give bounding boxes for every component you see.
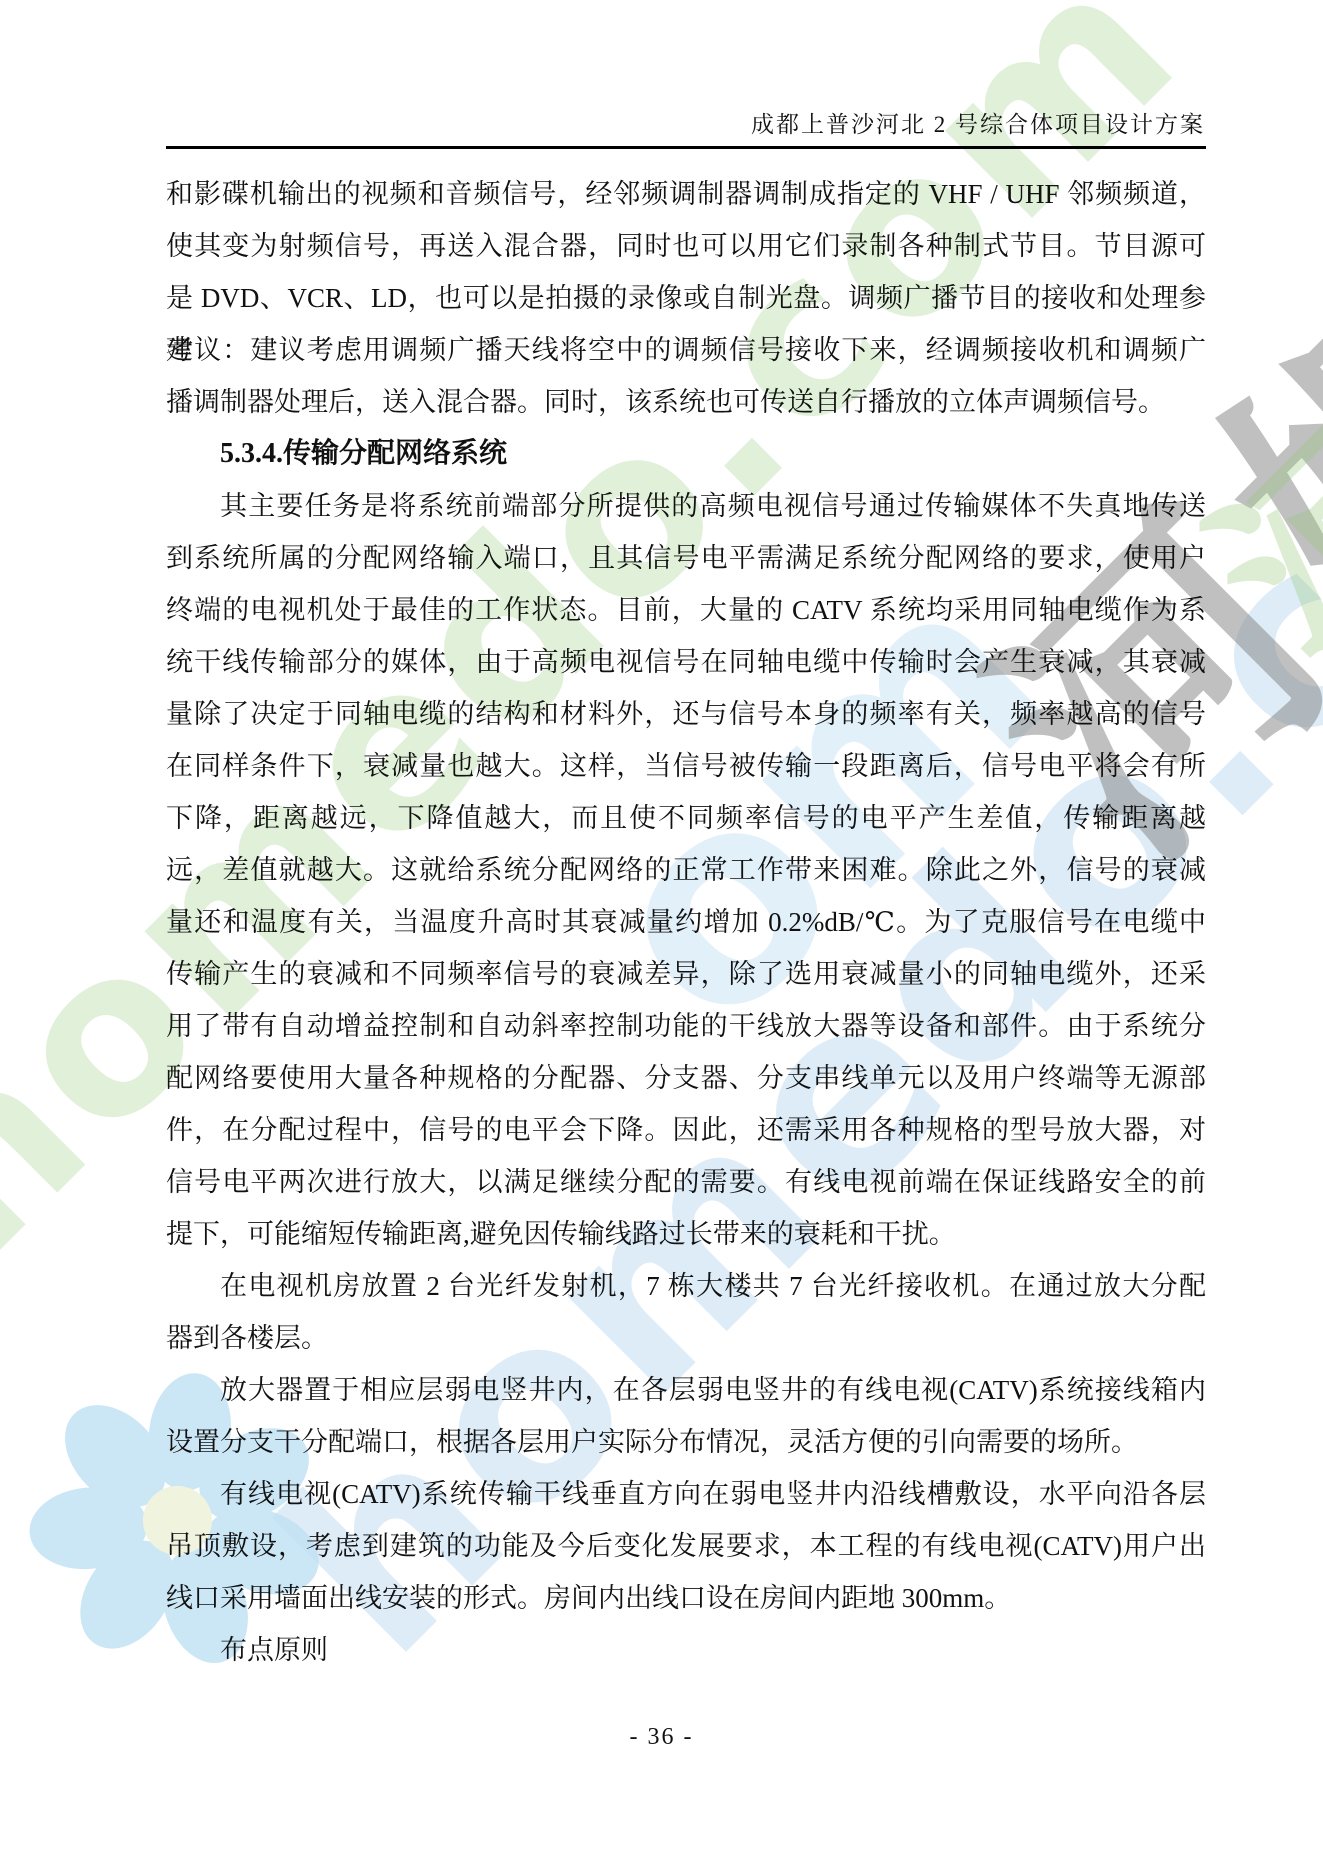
body-line: 量还和温度有关，当温度升高时其衰减量约增加 0.2%dB/℃。为了克服信号在电缆… — [166, 896, 1206, 948]
body-line: 提下，可能缩短传输距离,避免因传输线路过长带来的衰耗和干扰。 — [166, 1208, 1206, 1260]
body-line: 使其变为射频信号，再送入混合器，同时也可以用它们录制各种制式节目。节目源可 — [166, 220, 1206, 272]
body-line: 建议：建议考虑用调频广播天线将空中的调频信号接收下来，经调频接收机和调频广 — [166, 324, 1206, 376]
body-line: 到系统所属的分配网络输入端口，且其信号电平需满足系统分配网络的要求，使用户 — [166, 532, 1206, 584]
body-line: 其主要任务是将系统前端部分所提供的高频电视信号通过传输媒体不失真地传送 — [166, 480, 1206, 532]
body-line: 播调制器处理后，送入混合器。同时，该系统也可传送自行播放的立体声调频信号。 — [166, 376, 1206, 428]
body-line: 是 DVD、VCR、LD，也可以是拍摄的录像或自制光盘。调频广播节目的接收和处理… — [166, 272, 1206, 324]
body-line: 布点原则 — [166, 1624, 1206, 1676]
body-line: 在同样条件下，衰减量也越大。这样，当信号被传输一段距离后，信号电平将会有所 — [166, 740, 1206, 792]
document-body: 和影碟机输出的视频和音频信号，经邻频调制器调制成指定的 VHF / UHF 邻频… — [166, 168, 1206, 1676]
section-heading: 5.3.4.传输分配网络系统 — [166, 428, 1206, 480]
body-line: 器到各楼层。 — [166, 1312, 1206, 1364]
body-line: 终端的电视机处于最佳的工作状态。目前，大量的 CATV 系统均采用同轴电缆作为系 — [166, 584, 1206, 636]
body-line: 远，差值就越大。这就给系统分配网络的正常工作带来困难。除此之外，信号的衰减 — [166, 844, 1206, 896]
body-line: 吊顶敷设，考虑到建筑的功能及今后变化发展要求，本工程的有线电视(CATV)用户出 — [166, 1520, 1206, 1572]
body-line: 和影碟机输出的视频和音频信号，经邻频调制器调制成指定的 VHF / UHF 邻频… — [166, 168, 1206, 220]
body-line: 线口采用墙面出线安装的形式。房间内出线口设在房间内距地 300mm。 — [166, 1572, 1206, 1624]
page-header-title: 成都上普沙河北 2 号综合体项目设计方案 — [751, 106, 1205, 139]
body-line: 信号电平两次进行放大，以满足继续分配的需要。有线电视前端在保证线路安全的前 — [166, 1156, 1206, 1208]
page-number: - 36 - — [0, 1724, 1323, 1751]
body-line: 有线电视(CATV)系统传输干线垂直方向在弱电竖井内沿线槽敷设，水平向沿各层 — [166, 1468, 1206, 1520]
body-line: 件，在分配过程中，信号的电平会下降。因此，还需采用各种规格的型号放大器，对 — [166, 1104, 1206, 1156]
body-line: 量除了决定于同轴电缆的结构和材料外，还与信号本身的频率有关，频率越高的信号 — [166, 688, 1206, 740]
body-line: 统干线传输部分的媒体，由于高频电视信号在同轴电缆中传输时会产生衰减，其衰减 — [166, 636, 1206, 688]
body-line: 下降，距离越远，下降值越大，而且使不同频率信号的电平产生差值，传输距离越 — [166, 792, 1206, 844]
body-line: 用了带有自动增益控制和自动斜率控制功能的干线放大器等设备和部件。由于系统分 — [166, 1000, 1206, 1052]
body-line: 在电视机房放置 2 台光纤发射机，7 栋大楼共 7 台光纤接收机。在通过放大分配 — [166, 1260, 1206, 1312]
body-line: 放大器置于相应层弱电竖井内，在各层弱电竖井的有线电视(CATV)系统接线箱内 — [166, 1364, 1206, 1416]
body-line: 配网络要使用大量各种规格的分配器、分支器、分支串线单元以及用户终端等无源部 — [166, 1052, 1206, 1104]
header-rule — [166, 146, 1206, 149]
body-line: 传输产生的衰减和不同频率信号的衰减差异，除了选用衰减量小的同轴电缆外，还采 — [166, 948, 1206, 1000]
body-line: 设置分支干分配端口，根据各层用户实际分布情况，灵活方便的引向需要的场所。 — [166, 1416, 1206, 1468]
document-page: homedo.com homedo.com om 河姆渡 河姆渡 成都上普沙河北… — [0, 0, 1323, 1871]
